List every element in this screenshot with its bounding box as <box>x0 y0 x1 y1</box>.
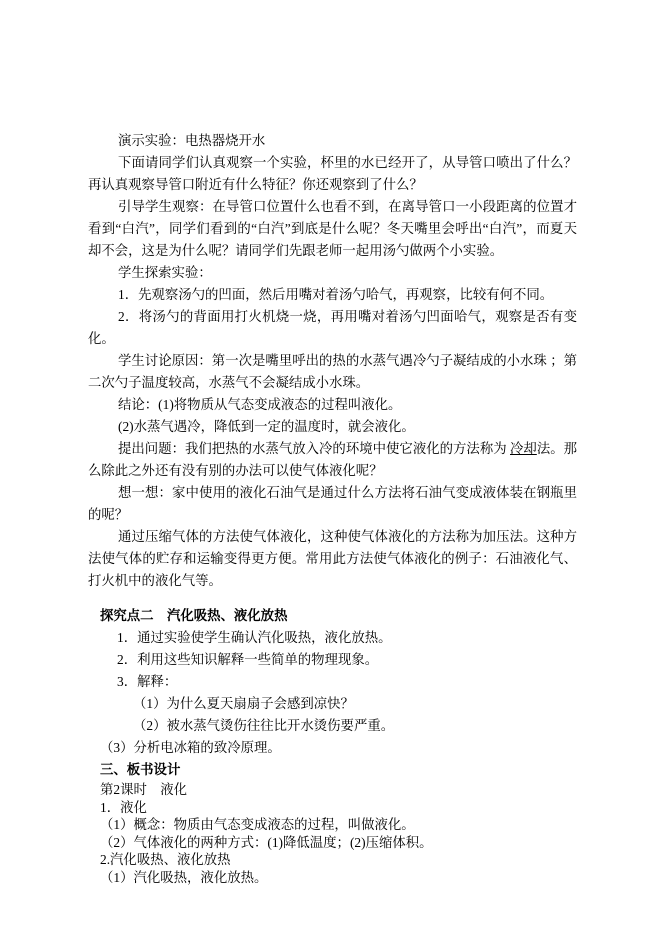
paragraph-demo-experiment: 演示实验：电热器烧开水 <box>88 130 577 152</box>
heading-exploration-point-two: 探究点二 汽化吸热、液化放热 <box>88 605 577 627</box>
exploration-point-two-section: 探究点二 汽化吸热、液化放热 1．通过实验使学生确认汽化吸热，液化放热。 2．利… <box>88 605 577 781</box>
board-line-concept: （1）概念：物质由气态变成液态的过程，叫做液化。 <box>88 816 577 834</box>
paragraph-guide-observation: 引导学生观察：在导管口位置什么也看不到，在离导管口一小段距离的位置才看到“白汽”… <box>88 196 577 262</box>
document-content: 演示实验：电热器烧开水 下面请同学们认真观察一个实验，杯里的水已经开了，从导管口… <box>88 130 577 886</box>
board-line-vaporization-heat: 2.汽化吸热、液化放热 <box>88 851 577 869</box>
lesson-body-section: 演示实验：电热器烧开水 下面请同学们认真观察一个实验，杯里的水已经开了，从导管口… <box>88 130 577 592</box>
board-design-section: 第2课时 液化 1．液化 （1）概念：物质由气态变成液态的过程，叫做液化。 （2… <box>88 781 577 886</box>
explain-sub-item-1: （1）为什么夏天扇扇子会感到凉快？ <box>88 693 577 715</box>
exploration-item-2: 2．利用这些知识解释一些简单的物理现象。 <box>88 649 577 671</box>
paragraph-student-explore-title: 学生探索实验： <box>88 262 577 284</box>
paragraph-think: 想一想：家中使用的液化石油气是通过什么方法将石油气变成液体装在钢瓶里的呢？ <box>88 482 577 526</box>
board-line-lesson-title: 第2课时 液化 <box>88 781 577 799</box>
paragraph-explore-step-2: 2．将汤勺的背面用打火机烧一烧，再用嘴对着汤勺凹面哈气，观察是否有变化。 <box>88 306 577 350</box>
exploration-item-1: 1．通过实验使学生确认汽化吸热，液化放热。 <box>88 627 577 649</box>
document-page: 演示实验：电热器烧开水 下面请同学们认真观察一个实验，杯里的水已经开了，从导管口… <box>0 0 661 935</box>
paragraph-compression-method: 通过压缩气体的方法使气体液化，这种使气体液化的方法称为加压法。这种方法使气体的贮… <box>88 526 577 592</box>
paragraph-explore-step-1: 1．先观察汤勺的凹面，然后用嘴对着汤勺哈气，再观察，比较有何不同。 <box>88 284 577 306</box>
board-line-liquefaction: 1．液化 <box>88 799 577 817</box>
board-line-heat-detail: （1）汽化吸热，液化放热。 <box>88 869 577 887</box>
paragraph-conclusion-2: (2)水蒸气遇冷，降低到一定的温度时，就会液化。 <box>88 416 577 438</box>
paragraph-conclusion-1: 结论：(1)将物质从气态变成液态的过程叫液化。 <box>88 394 577 416</box>
explain-sub-item-3: （3）分析电冰箱的致冷原理。 <box>88 737 577 759</box>
question-pre-text: 提出问题：我们把热的水蒸气放入冷的环境中使它液化的方法称为 <box>118 441 510 456</box>
paragraph-discussion-reason: 学生讨论原因：第一次是嘴里呼出的热的水蒸气遇冷勺子凝结成的小水珠 ；第二次勺子温… <box>88 350 577 394</box>
board-line-two-ways: （2）气体液化的两种方式：(1)降低温度；(2)压缩体积。 <box>88 834 577 852</box>
heading-board-design: 三、板书设计 <box>88 759 577 781</box>
paragraph-observe-experiment: 下面请同学们认真观察一个实验，杯里的水已经开了，从导管口喷出了什么？再认真观察导… <box>88 152 577 196</box>
underlined-cooling-method: 冷却 <box>510 441 537 456</box>
exploration-item-3: 3．解释： <box>88 671 577 693</box>
explain-sub-item-2: （2）被水蒸气烫伤往往比开水烫伤要严重。 <box>88 715 577 737</box>
paragraph-raise-question: 提出问题：我们把热的水蒸气放入冷的环境中使它液化的方法称为 冷却法。那么除此之外… <box>88 438 577 482</box>
